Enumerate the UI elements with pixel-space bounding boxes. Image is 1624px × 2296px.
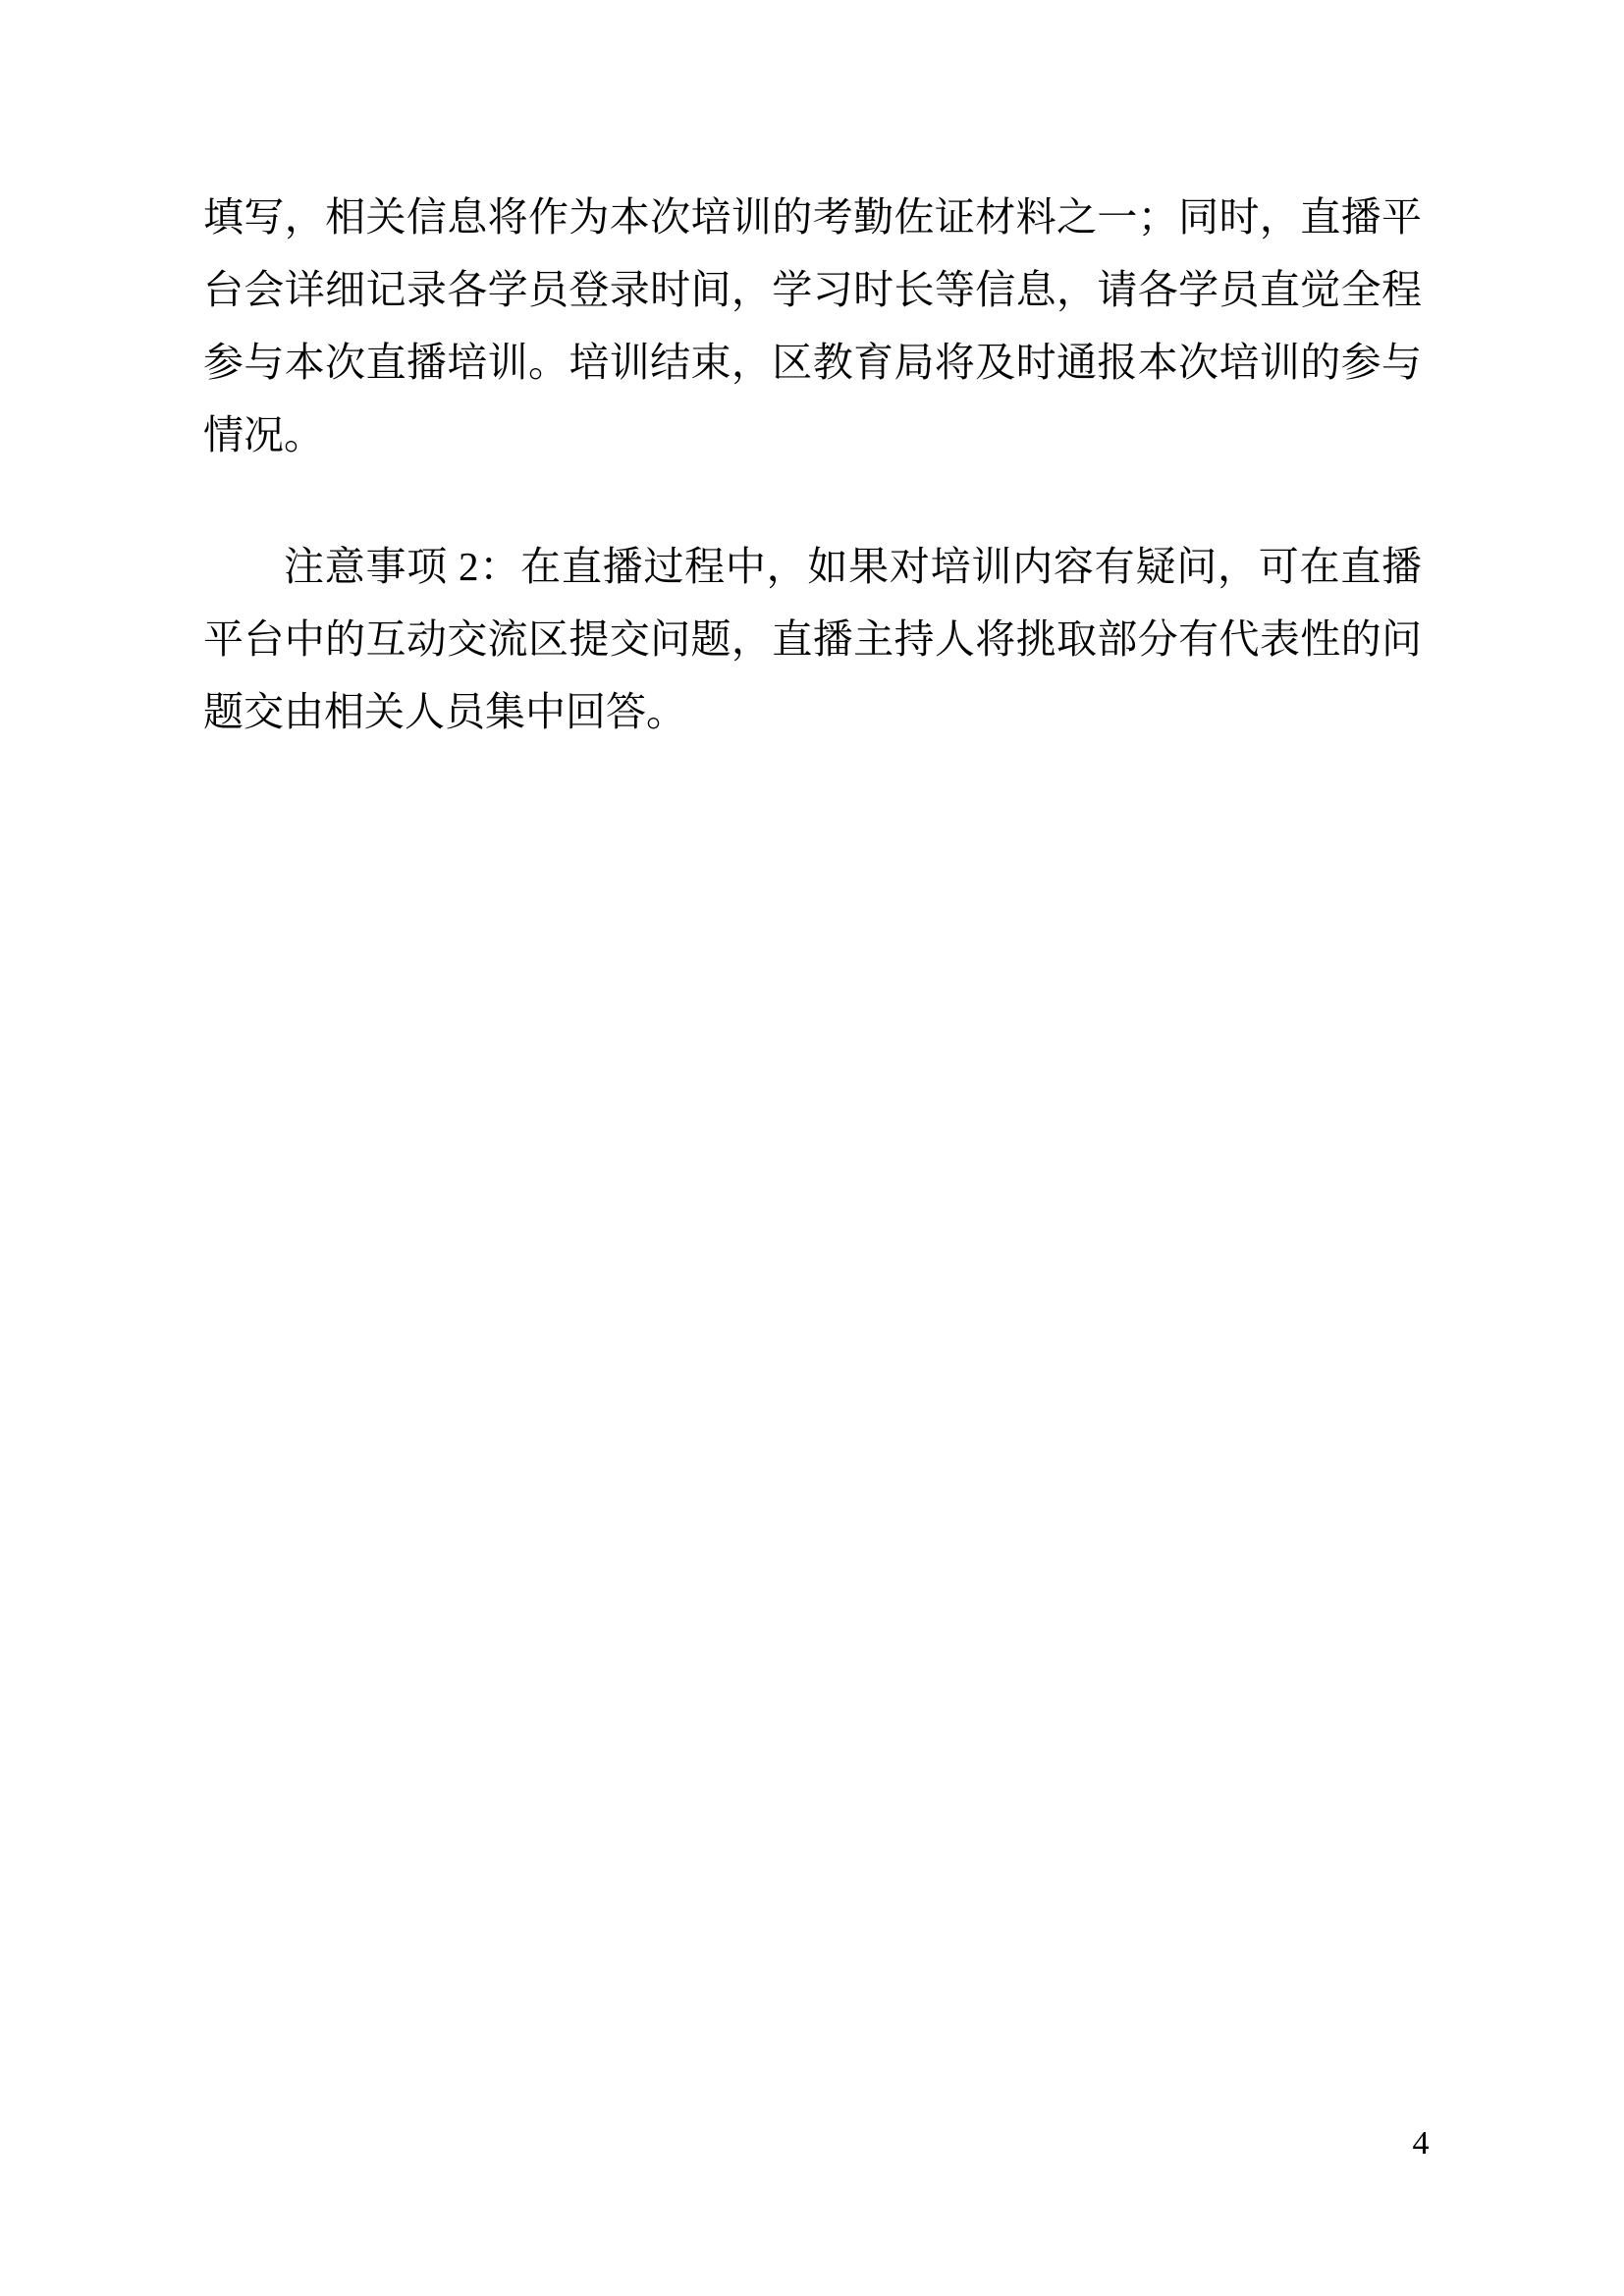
document-page: 填写，相关信息将作为本次培训的考勤佐证材料之一；同时，直播平 台会详细记录各学员… xyxy=(0,0,1624,2296)
body-text-line: 题交由相关人员集中回答。 xyxy=(203,675,1422,748)
body-text-line: 填写，相关信息将作为本次培训的考勤佐证材料之一；同时，直播平 xyxy=(203,181,1422,253)
paragraph-2: 注意事项 2：在直播过程中，如果对培训内容有疑问，可在直播 平台中的互动交流区提… xyxy=(203,530,1422,748)
paragraph-1: 填写，相关信息将作为本次培训的考勤佐证材料之一；同时，直播平 台会详细记录各学员… xyxy=(203,181,1422,471)
body-text-line: 情况。 xyxy=(203,399,1422,471)
page-number: 4 xyxy=(1400,2124,1441,2163)
document-body-text: 填写，相关信息将作为本次培训的考勤佐证材料之一；同时，直播平 台会详细记录各学员… xyxy=(203,181,1422,748)
body-text-line: 参与本次直播培训。培训结束，区教育局将及时通报本次培训的参与 xyxy=(203,326,1422,399)
body-text-line: 平台中的互动交流区提交问题，直播主持人将挑取部分有代表性的问 xyxy=(203,603,1422,675)
body-text-line: 台会详细记录各学员登录时间，学习时长等信息，请各学员直觉全程 xyxy=(203,253,1422,326)
body-text-line: 注意事项 2：在直播过程中，如果对培训内容有疑问，可在直播 xyxy=(203,530,1422,603)
